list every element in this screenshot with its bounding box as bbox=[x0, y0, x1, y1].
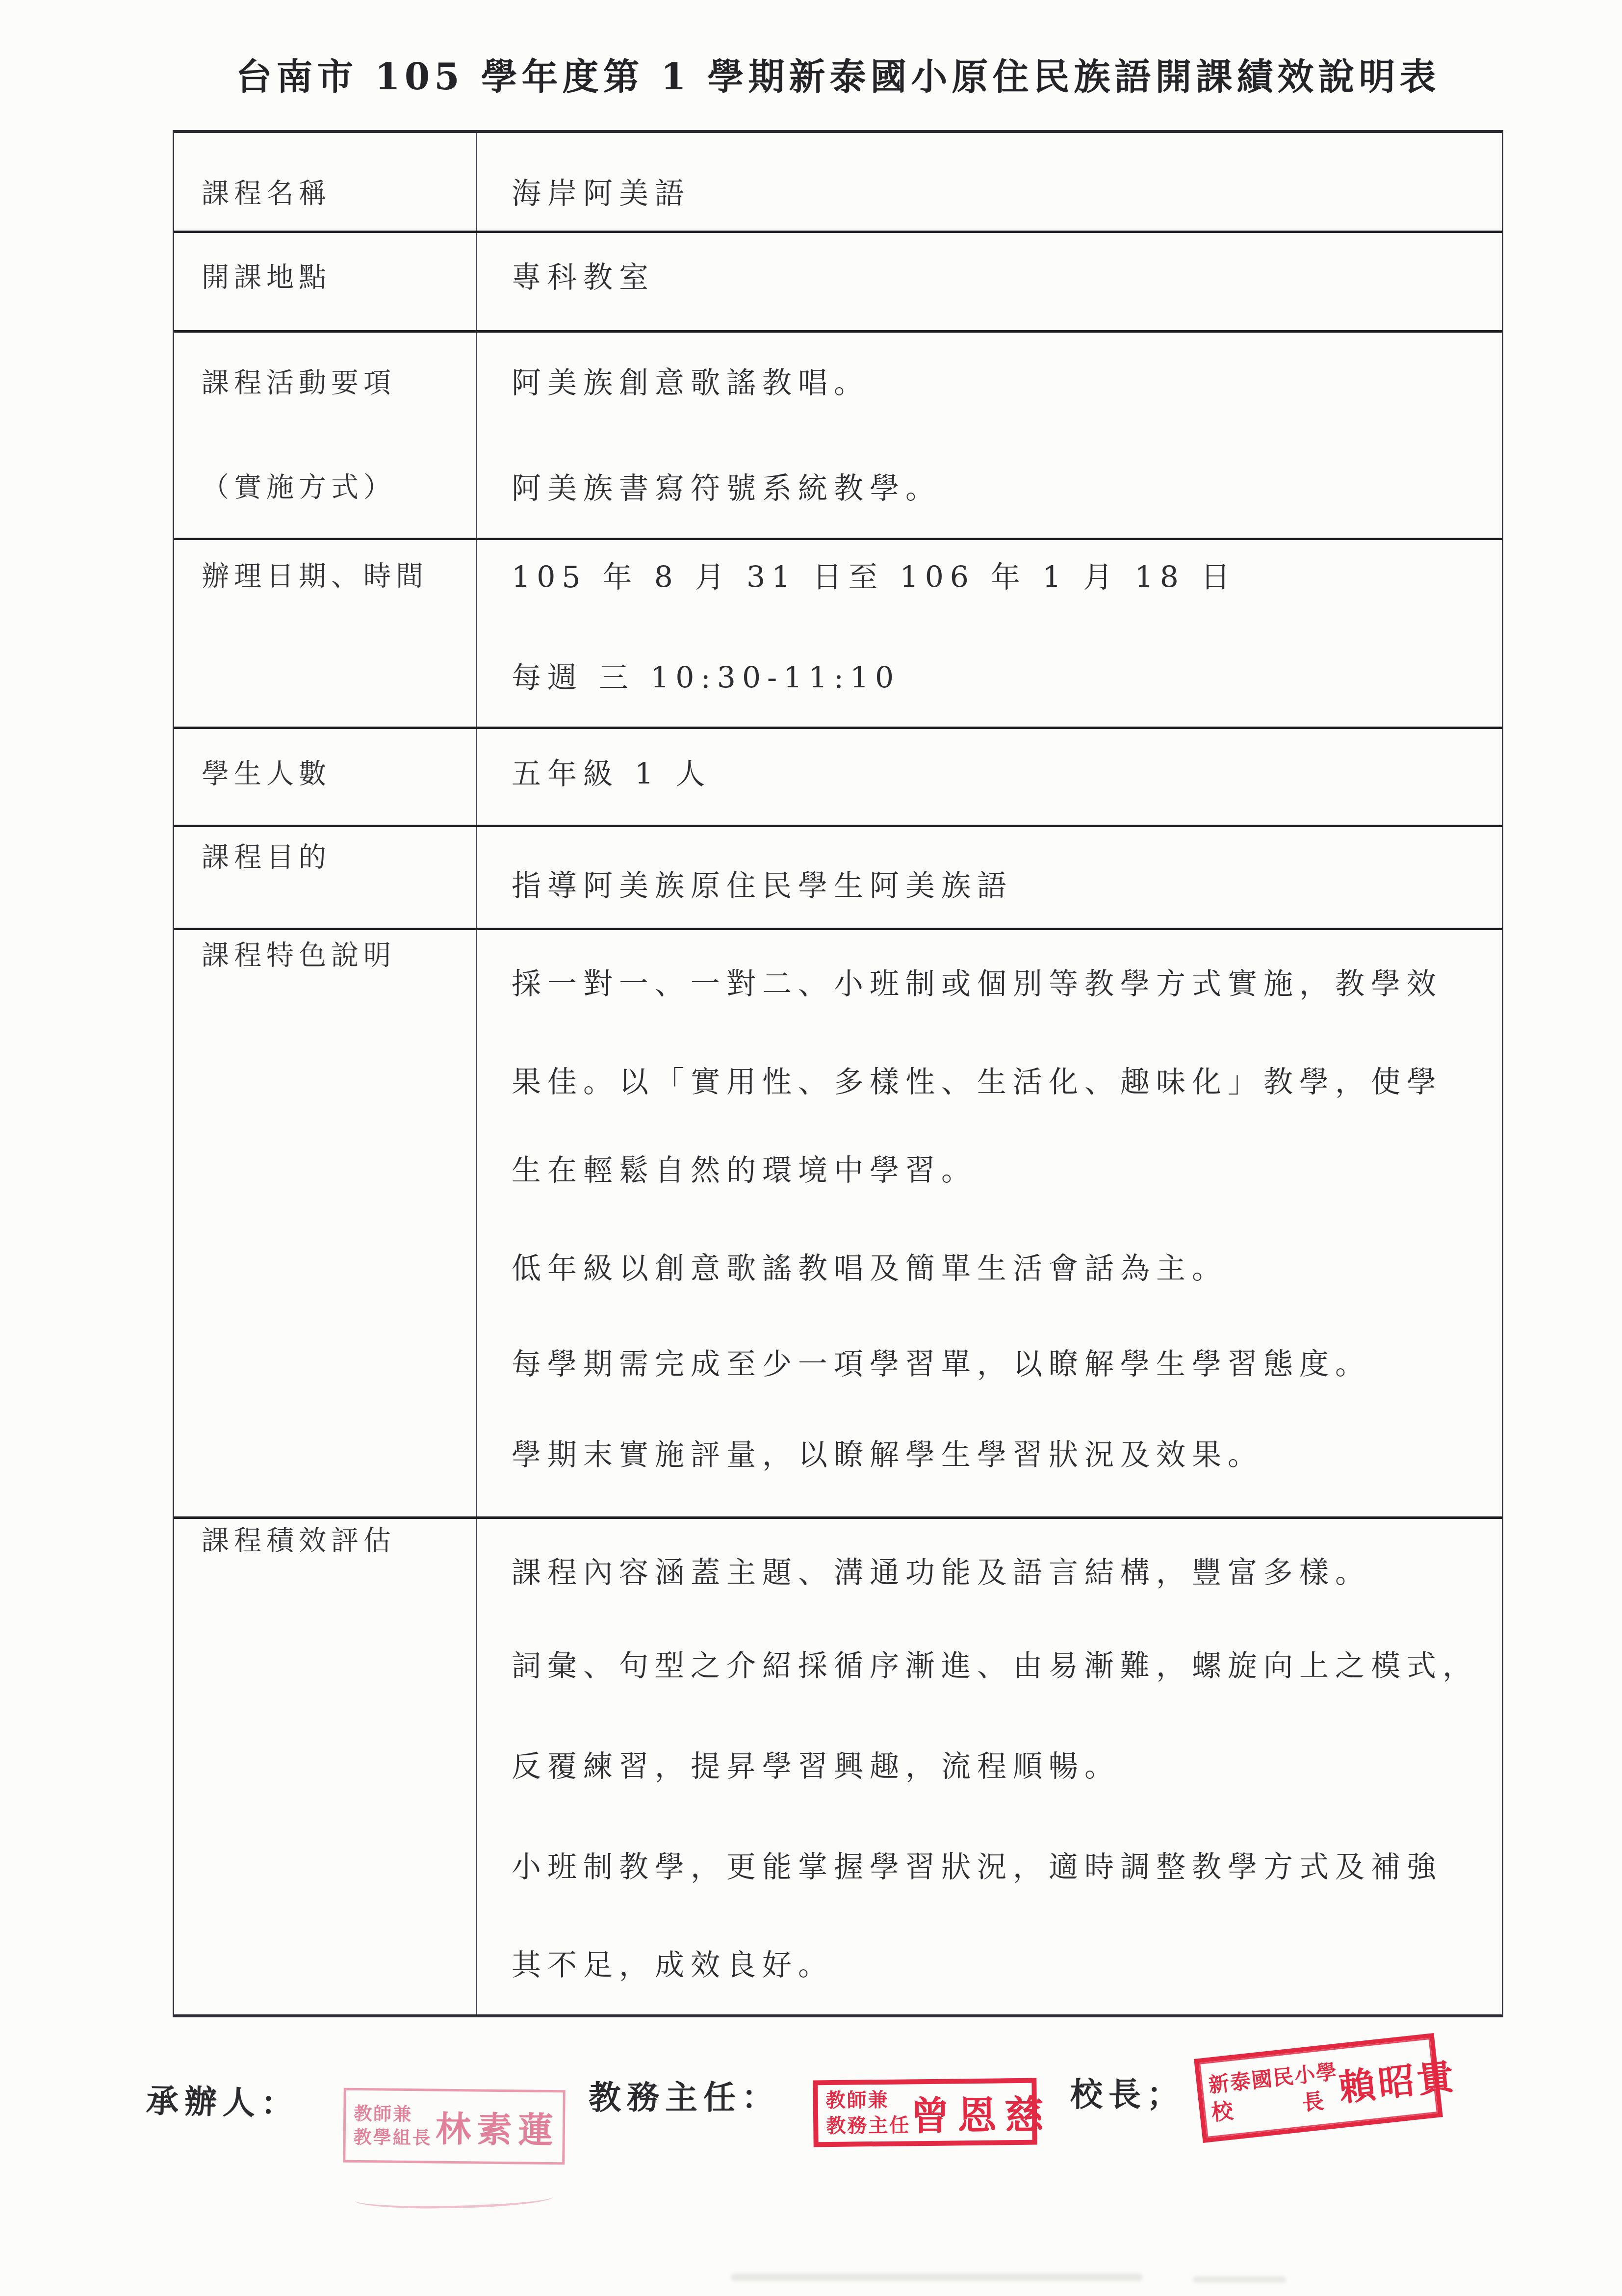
stamp-role-char: 長 bbox=[1301, 2087, 1325, 2117]
stamp-role-char: 校 bbox=[1210, 2097, 1235, 2127]
row-value: 阿美族書寫符號系統教學。 bbox=[477, 471, 941, 506]
stamp-role: 教師兼 bbox=[825, 2087, 910, 2113]
row-label: 辦理日期、時間 bbox=[174, 559, 428, 594]
stamp-name: 賴昭貴 bbox=[1336, 2047, 1459, 2112]
handler-stamp: 教師兼 教學組長 林素蓮 bbox=[343, 2088, 566, 2165]
row-label: 課程活動要項 bbox=[174, 365, 396, 401]
stamp-inner-border: 新泰國民小學 校 長 賴昭貴 bbox=[1199, 2038, 1438, 2138]
stamp-role-lines: 新泰國民小學 校 長 bbox=[1201, 2058, 1342, 2128]
document-title: 台南市 105 學年度第 1 學期新泰國小原住民族語開課績效說明表 bbox=[173, 48, 1503, 100]
row-value: 指導阿美族原住民學生阿美族語 bbox=[477, 868, 1013, 904]
row-label-cell: 課程目的 bbox=[174, 827, 477, 928]
scan-artifact-smudge bbox=[1193, 2276, 1286, 2283]
row-value: 反覆練習，提昇學習興趣，流程順暢。 bbox=[477, 1749, 1120, 1784]
stamp-name: 曾恩慈 bbox=[910, 2083, 1052, 2141]
row-value: 採一對一、一對二、小班制或個別等教學方式實施，教學效 bbox=[477, 966, 1442, 1002]
table-row-students: 學生人數 五年級 1 人 bbox=[174, 729, 1502, 827]
stamp-role: 教務主任 bbox=[826, 2113, 911, 2139]
row-label-cell: 課程名稱 bbox=[174, 133, 477, 231]
stamp-role: 教學組長 bbox=[354, 2125, 432, 2150]
row-value-cell: 指導阿美族原住民學生阿美族語 bbox=[477, 827, 1502, 928]
row-label: 課程目的 bbox=[174, 840, 331, 875]
row-value: 學期末實施評量，以瞭解學生學習狀況及效果。 bbox=[477, 1437, 1263, 1473]
stamp-ink-smudge bbox=[355, 2187, 554, 2210]
row-value: 每週 三 10:30-11:10 bbox=[477, 660, 900, 696]
row-value: 五年級 1 人 bbox=[477, 757, 711, 792]
stamp-role-lines: 教師兼 教學組長 bbox=[346, 2102, 433, 2150]
table-row-schedule: 辦理日期、時間 105 年 8 月 31 日至 106 年 1 月 18 日 每… bbox=[174, 540, 1502, 729]
director-stamp: 教師兼 教務主任 曾恩慈 bbox=[813, 2078, 1037, 2147]
course-info-table: 課程名稱 海岸阿美語 開課地點 專科教室 課程活動要項 （實施方式） 阿美族創意… bbox=[173, 130, 1503, 2017]
row-value: 果佳。以「實用性、多樣性、生活化、趣味化」教學，使學 bbox=[477, 1065, 1442, 1100]
row-value: 詞彙、句型之介紹採循序漸進、由易漸難，螺旋向上之模式， bbox=[477, 1648, 1478, 1684]
row-value: 課程內容涵蓋主題、溝通功能及語言結構，豐富多樣。 bbox=[477, 1555, 1371, 1591]
handler-label: 承辦人： bbox=[146, 2075, 300, 2125]
table-row-activities: 課程活動要項 （實施方式） 阿美族創意歌謠教唱。 阿美族書寫符號系統教學。 bbox=[174, 333, 1502, 540]
row-value: 低年級以創意歌謠教唱及簡單生活會話為主。 bbox=[477, 1251, 1228, 1286]
row-value-cell: 課程內容涵蓋主題、溝通功能及語言結構，豐富多樣。 詞彙、句型之介紹採循序漸進、由… bbox=[477, 1519, 1502, 2014]
row-value-cell: 五年級 1 人 bbox=[477, 729, 1502, 825]
row-value-cell: 專科教室 bbox=[477, 233, 1502, 330]
principal-label: 校長； bbox=[1070, 2068, 1185, 2115]
table-row-evaluation: 課程積效評估 課程內容涵蓋主題、溝通功能及語言結構，豐富多樣。 詞彙、句型之介紹… bbox=[174, 1519, 1502, 2014]
row-label-cell: 課程活動要項 （實施方式） bbox=[174, 333, 477, 538]
table-row-course-name: 課程名稱 海岸阿美語 bbox=[174, 133, 1502, 233]
row-value: 海岸阿美語 bbox=[477, 176, 691, 211]
row-value: 105 年 8 月 31 日至 106 年 1 月 18 日 bbox=[477, 560, 1236, 595]
row-label-cell: 課程積效評估 bbox=[174, 1519, 477, 2014]
table-row-location: 開課地點 專科教室 bbox=[174, 233, 1502, 333]
row-value: 每學期需完成至少一項學習單，以瞭解學生學習態度。 bbox=[477, 1347, 1371, 1382]
table-row-features: 課程特色說明 採一對一、一對二、小班制或個別等教學方式實施，教學效 果佳。以「實… bbox=[174, 930, 1502, 1519]
row-label: 課程積效評估 bbox=[174, 1523, 396, 1559]
row-label-cell: 課程特色說明 bbox=[174, 930, 477, 1516]
principal-stamp: 新泰國民小學 校 長 賴昭貴 bbox=[1194, 2033, 1443, 2143]
row-label: 課程名稱 bbox=[174, 176, 331, 211]
row-value: 生在輕鬆自然的環境中學習。 bbox=[477, 1153, 977, 1188]
row-value-cell: 海岸阿美語 bbox=[477, 133, 1502, 231]
stamp-role-lines: 教師兼 教務主任 bbox=[818, 2087, 910, 2139]
row-value: 阿美族創意歌謠教唱。 bbox=[477, 365, 870, 401]
row-label-cell: 學生人數 bbox=[174, 729, 477, 825]
row-label: 開課地點 bbox=[174, 260, 331, 295]
row-label: 課程特色說明 bbox=[174, 938, 396, 973]
table-row-purpose: 課程目的 指導阿美族原住民學生阿美族語 bbox=[174, 827, 1502, 930]
row-label-cell: 辦理日期、時間 bbox=[174, 540, 477, 727]
row-label: 學生人數 bbox=[174, 757, 331, 792]
row-label: （實施方式） bbox=[174, 470, 396, 505]
director-label: 教務主任： bbox=[589, 2071, 780, 2118]
row-label-cell: 開課地點 bbox=[174, 233, 477, 330]
row-value: 專科教室 bbox=[477, 260, 655, 295]
row-value-cell: 105 年 8 月 31 日至 106 年 1 月 18 日 每週 三 10:3… bbox=[477, 540, 1502, 727]
scanned-document-page: 台南市 105 學年度第 1 學期新泰國小原住民族語開課績效說明表 課程名稱 海… bbox=[0, 0, 1622, 2296]
row-value-cell: 採一對一、一對二、小班制或個別等教學方式實施，教學效 果佳。以「實用性、多樣性、… bbox=[477, 930, 1502, 1516]
row-value: 小班制教學，更能掌握學習狀況，適時調整教學方式及補強 bbox=[477, 1850, 1442, 1885]
row-value-cell: 阿美族創意歌謠教唱。 阿美族書寫符號系統教學。 bbox=[477, 333, 1502, 538]
stamp-name: 林素蓮 bbox=[432, 2101, 563, 2153]
row-value: 其不足，成效良好。 bbox=[477, 1948, 834, 1983]
stamp-role: 教師兼 bbox=[354, 2102, 432, 2126]
scan-artifact-smudge bbox=[731, 2273, 1143, 2281]
